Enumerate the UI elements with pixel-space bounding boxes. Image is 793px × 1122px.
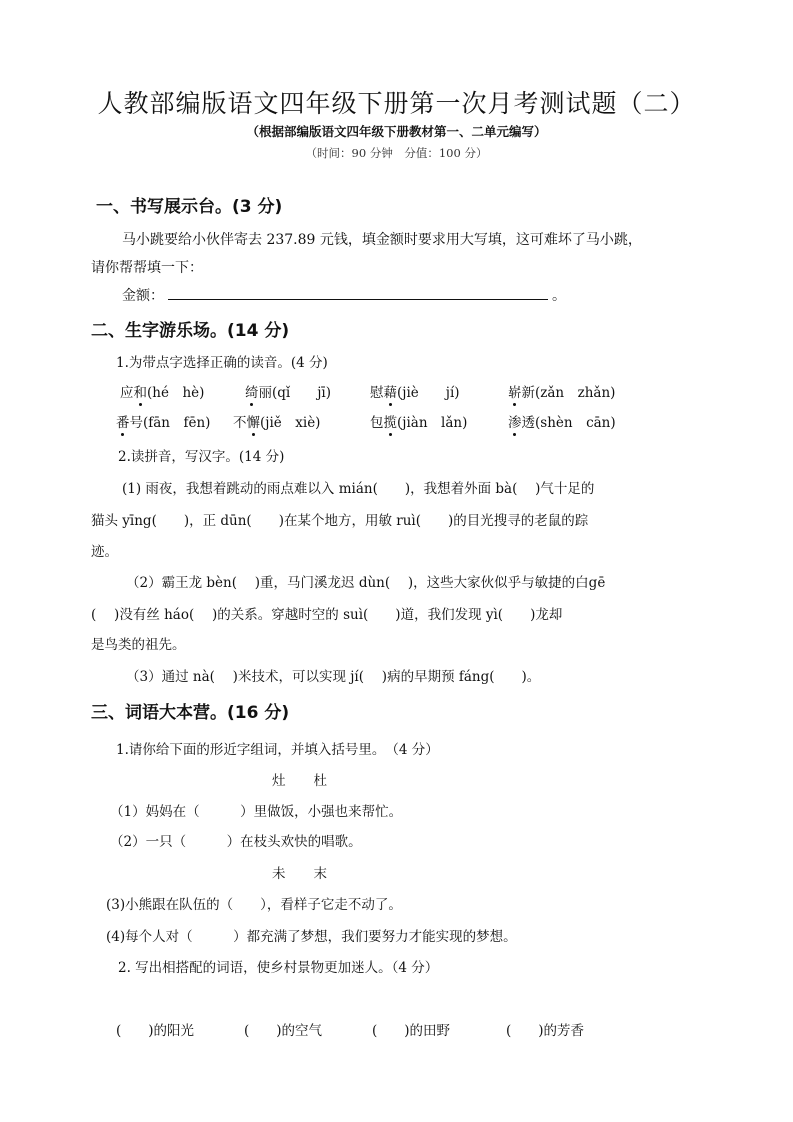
char-pair-1: 灶杜 xyxy=(272,769,327,789)
q2-p2-line-3: 是鸟类的祖先。 xyxy=(91,633,186,653)
section-2-heading: 二、生字游乐场。(14 分) xyxy=(91,316,289,341)
pinyin-item: 应和(hé hè) xyxy=(120,381,204,401)
q1-sentence-2: （2）一只（ ）在枝头欢快的唱歌。 xyxy=(110,830,362,850)
collocation-blank: ( )的芳香 xyxy=(506,1019,584,1039)
collocation-blank: ( )的田野 xyxy=(372,1019,450,1039)
section-3-q1-prompt: 1.请你给下面的形近字组词，并填入括号里。 （4 分） xyxy=(116,738,439,758)
pinyin-item: 包揽(jiàn lǎn) xyxy=(370,411,467,431)
section-2-q2-prompt: 2.读拼音，写汉字。(14 分) xyxy=(118,445,284,465)
char-option: 未 xyxy=(272,866,286,882)
q2-p1-line-2: 猫头 yīng( )，正 dūn( )在某个地方，用敏 ruì( )的目光搜寻的… xyxy=(91,509,588,529)
q2-p1-line-1: (1) 雨夜，我想着跳动的雨点难以入 mián( )，我想着外面 bà( )气十… xyxy=(122,477,594,497)
amount-input-line[interactable] xyxy=(168,285,548,300)
page-subtitle: （根据部编版语文四年级下册教材第一、二单元编写） xyxy=(0,122,793,140)
char-option: 末 xyxy=(314,866,328,882)
time-score-info: （时间：90 分钟 分值：100 分） xyxy=(0,145,793,161)
amount-row: 金额：。 xyxy=(122,285,566,305)
collocation-blank: ( )的空气 xyxy=(244,1019,322,1039)
pinyin-item: 渗透(shèn cān) xyxy=(508,411,616,431)
section-1-paragraph-line-2: 请你帮帮填一下： xyxy=(91,257,203,277)
char-option: 杜 xyxy=(314,773,328,789)
page-title: 人教部编版语文四年级下册第一次月考测试题（二） xyxy=(0,84,793,120)
q1-sentence-3: (3)小熊跟在队伍的（ ），看样子它走不动了。 xyxy=(106,893,402,913)
section-1-heading: 一、书写展示台。(3 分) xyxy=(96,192,282,217)
collocation-blank: ( )的阳光 xyxy=(116,1019,194,1039)
char-option: 灶 xyxy=(272,773,286,789)
q2-p1-line-3: 迹。 xyxy=(91,540,118,560)
q2-p3-line-1: （3）通过 nà( )米技术，可以实现 jí( )病的早期预 fáng( )。 xyxy=(126,665,540,685)
q2-p2-line-1: （2）霸王龙 bèn( )重，马门溪龙迟 dùn( )，这些大家伙似乎与敏捷的白… xyxy=(126,571,605,591)
amount-end: 。 xyxy=(552,288,566,304)
pinyin-item: 慰藉(jiè jí) xyxy=(370,381,460,401)
q2-p2-line-2: ( )没有丝 háo( )的关系。穿越时空的 suì( )道，我们发现 yì( … xyxy=(91,603,562,623)
pinyin-item: 崭新(zǎn zhǎn) xyxy=(508,381,615,401)
section-3-heading: 三、词语大本营。(16 分) xyxy=(91,698,289,723)
q1-sentence-4: (4)每个人对（ ）都充满了梦想，我们要努力才能实现的梦想。 xyxy=(106,925,517,945)
char-pair-2: 未末 xyxy=(272,862,327,882)
section-3-q2-prompt: 2. 写出相搭配的词语，使乡村景物更加迷人。（4 分） xyxy=(118,956,438,976)
section-1-paragraph-line-1: 马小跳要给小伙伴寄去 237.89 元钱，填金额时要求用大写填，这可难坏了马小跳… xyxy=(122,229,642,249)
amount-label: 金额： xyxy=(122,288,164,304)
pinyin-item: 番号(fān fēn) xyxy=(116,411,210,431)
section-2-q1-prompt: 1.为带点字选择正确的读音。(4 分) xyxy=(116,351,328,371)
pinyin-item: 不懈(jiě xiè) xyxy=(233,411,320,431)
q1-sentence-1: （1）妈妈在（ ）里做饭，小强也来帮忙。 xyxy=(110,800,402,820)
pinyin-item: 绮丽(qǐ jī) xyxy=(245,381,331,401)
